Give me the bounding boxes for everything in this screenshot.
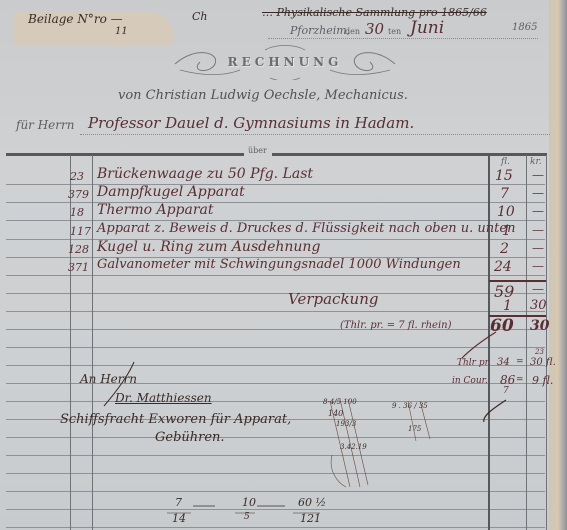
signature-stroke-icon [98, 360, 138, 408]
packing-label: Verpackung [288, 290, 378, 308]
date-month: Juni [410, 18, 444, 38]
row-description: Brückenwaage zu 50 Pfg. Last [97, 166, 313, 182]
row-description: Galvanometer mit Schwingungsnadel 1000 W… [97, 257, 461, 272]
row-number: 371 [68, 261, 89, 274]
margin-scribble-icon [320, 395, 450, 495]
ruled-line [6, 491, 545, 492]
ruled-line [6, 202, 545, 203]
ruled-line [6, 401, 545, 402]
row-description: Dampfkugel Apparat [97, 184, 245, 200]
separator-ueber: über [248, 146, 267, 155]
row-kr: — [532, 168, 544, 182]
date-dotted-line [268, 38, 538, 39]
separator-rule-right [272, 153, 547, 156]
conversion2-value: 86 [500, 373, 515, 387]
recipient-prefix: für Herrn [16, 118, 75, 132]
date-day: 30 [365, 20, 384, 38]
total-kr: 30 [530, 318, 549, 334]
total-note: (Thlr. pr. = 7 fl. rhein) [340, 320, 452, 331]
invoice-title: RECHNUNG [215, 55, 355, 69]
ruled-line [6, 184, 545, 185]
row-fl: 15 [495, 168, 513, 184]
note-line2: Gebühren. [155, 430, 225, 445]
conversion1-sup: 23 [535, 348, 544, 356]
subtotal-kr: — [532, 282, 544, 296]
date-der: ten [388, 27, 401, 36]
row-fl: 24 [494, 259, 512, 275]
paper-edge [549, 0, 567, 530]
row-fl: 7 [500, 186, 509, 202]
place-city: Pforzheim, [290, 24, 350, 37]
row-kr: — [532, 259, 544, 273]
column-line-kr [526, 155, 527, 530]
row-kr: — [532, 204, 544, 218]
place-den: den [345, 27, 360, 36]
row-description: Apparat z. Beweis d. Druckes d. Flüssigk… [97, 221, 515, 236]
row-number: 379 [68, 188, 89, 201]
row-number: 23 [70, 170, 84, 183]
packing-fl: 1 [503, 298, 512, 314]
conversion1-sep: = [516, 357, 524, 367]
column-header-kr: kr. [530, 157, 542, 167]
row-kr: — [532, 241, 544, 255]
recipient-dotted-line [80, 134, 550, 135]
check-stroke-icon [480, 398, 510, 424]
check-stroke-icon [460, 330, 500, 360]
ruled-line [6, 455, 545, 456]
row-fl: 1 [502, 223, 511, 239]
top-note-left: Beilage N°ro — [28, 12, 123, 26]
conversion2-sub: 7 [503, 386, 509, 396]
column-line-desc [92, 155, 93, 530]
ruled-line [6, 437, 545, 438]
ruled-line [6, 473, 545, 474]
row-kr: — [532, 223, 544, 237]
column-header-fl: fl. [501, 157, 510, 167]
conversion1-right: 30 fl. [530, 357, 556, 368]
note-line1: Schiffsfracht Exworen für Apparat, [60, 412, 291, 427]
fraction-rules [165, 500, 325, 524]
recipient-name: Professor Dauel d. Gymnasiums in Hadam. [88, 114, 414, 132]
date-year: 1865 [512, 22, 537, 33]
conversion2-right: 9 fl. [532, 374, 553, 387]
ruled-line [6, 293, 545, 294]
issuer-line: von Christian Ludwig Oechsle, Mechanicus… [118, 88, 408, 103]
row-description: Thermo Apparat [97, 202, 214, 218]
conversion2-sep: = [516, 375, 524, 385]
top-note-right: … Physikalische Sammlung pro 1865/66 [262, 6, 487, 19]
row-kr: — [532, 186, 544, 200]
separator-rule-left [6, 153, 244, 156]
invoice-page: Beilage N°ro — 11 Ch … Physikalische Sam… [0, 0, 567, 530]
row-number: 117 [70, 225, 91, 238]
conversion2-label: in Cour. [452, 376, 488, 386]
top-note-mid: Ch [192, 10, 208, 23]
row-number: 18 [70, 206, 84, 219]
row-number: 128 [68, 243, 89, 256]
row-fl: 2 [500, 241, 509, 257]
top-note-left-sub: 11 [115, 26, 128, 37]
ruled-line [6, 311, 545, 312]
row-fl: 10 [497, 204, 515, 220]
ruled-line [6, 275, 545, 276]
ruled-line [6, 527, 545, 528]
row-description: Kugel u. Ring zum Ausdehnung [97, 239, 320, 255]
column-line-end [546, 155, 547, 530]
packing-kr: 30 [530, 298, 547, 313]
